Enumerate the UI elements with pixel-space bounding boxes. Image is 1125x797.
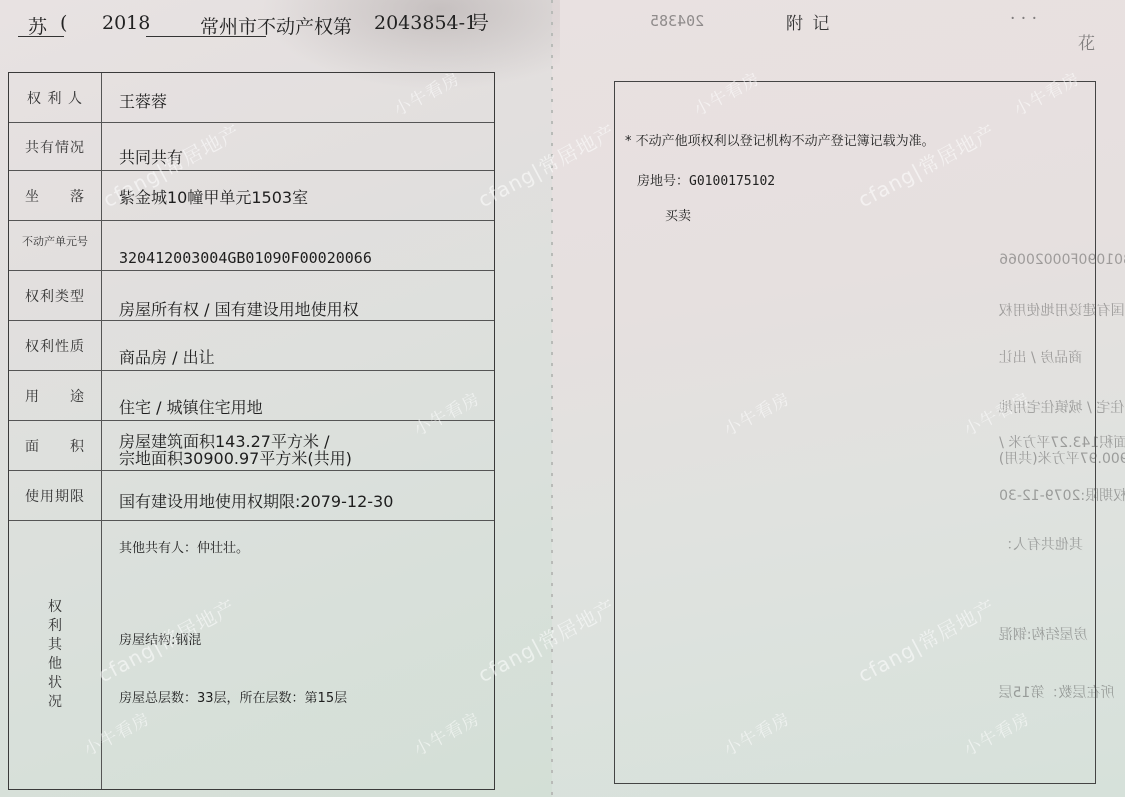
value-area: 房屋建筑面积143.27平方米 / 宗地面积30900.97平方米(共用) [119,433,352,467]
value-location: 紫金城10幢甲单元1503室 [119,185,308,208]
bleed-through-text: 房屋总层数：33层，所在层数：第15层 [999,682,1125,702]
encumbrance-notice: * 不动产他项权利以登记机构不动产登记簿记载为准。 [625,130,935,149]
value-usage: 住宅 / 城镇住宅用地 [119,395,263,418]
label-char: 况 [48,693,62,712]
row-area: 面 积 房屋建筑面积143.27平方米 / 宗地面积30900.97平方米(共用… [9,421,494,471]
page-fold [551,0,553,797]
bleed-through-text: 住宅 / 城镇住宅用地 [999,397,1125,417]
cert-number: 2043854-1 [374,12,477,34]
year: 2018 [102,12,150,34]
paren-open: ( [60,12,67,34]
row-unit-number: 不动产单元号 320412003004GB01090F00020066 [9,221,494,271]
underline [18,36,64,37]
property-no-label: 房地号： [637,174,689,189]
bleed-through-text: 房屋结构:钢混 [999,624,1088,644]
label-right-holder: 权 利 人 [9,73,102,122]
label-char: 状 [48,674,62,693]
province-char: 苏 [28,12,47,39]
label-right-nature: 权利性质 [9,321,102,370]
authority: 常州市不动产权第 [200,12,352,39]
certificate-table: 权 利 人 王蓉蓉 共有情况 共同共有 坐 落 紫金城10幢甲单元1503室 不… [8,72,495,790]
value-unit-number: 320412003004GB01090F00020066 [119,249,372,267]
label-usage: 用 途 [9,371,102,420]
row-right-type: 权利类型 房屋所有权 / 国有建设用地使用权 [9,271,494,321]
label-char: 其 [48,636,62,655]
row-right-nature: 权利性质 商品房 / 出让 [9,321,494,371]
label-char: 他 [48,655,62,674]
header-tail-mark: · · · 花 [1010,9,1125,54]
value-co-ownership: 共同共有 [119,145,183,168]
value-right-nature: 商品房 / 出让 [119,345,215,368]
bleed-through-text: 房屋所有权 / 国有建设用地使用权 [999,300,1125,320]
property-no-row: 房地号：G0100175102 [637,170,775,189]
label-char: 权 [48,598,62,617]
property-no-value: G0100175102 [689,174,775,189]
value-term: 国有建设用地使用权期限:2079-12-30 [119,489,393,512]
annotations-title: 附 记 [786,9,831,34]
row-usage: 用 途 住宅 / 城镇住宅用地 [9,371,494,421]
floor-info: 房屋总层数：33层，所在层数：第15层 [119,687,347,706]
value-area-land: 宗地面积30900.97平方米(共用) [119,450,352,467]
label-right-type: 权利类型 [9,271,102,320]
annotations-box: * 不动产他项权利以登记机构不动产登记簿记载为准。 房地号：G010017510… [614,81,1096,784]
transaction-type: 买卖 [665,205,691,224]
bleed-through-text: 其他共有人： [999,534,1083,554]
label-co-ownership: 共有情况 [9,123,102,170]
suffix: 号 [470,8,489,35]
label-area: 面 积 [9,421,102,470]
row-other-status: 权 利 其 他 状 况 其他共有人：仲壮壮。 房屋结构:钢混 房屋总层数：33层… [9,521,494,789]
value-right-holder: 王蓉蓉 [119,89,167,112]
value-right-type: 房屋所有权 / 国有建设用地使用权 [119,297,359,320]
row-location: 坐 落 紫金城10幢甲单元1503室 [9,171,494,221]
bleed-through-text: 320412003004GB01090F00020066 [999,252,1125,268]
label-other-status: 权 利 其 他 状 况 [9,521,102,789]
bleed-through-text: 商品房 / 出让 [999,347,1083,367]
bleed-through-text: 国有建设用地使用权期限:2079-12-30 [999,485,1125,505]
label-location: 坐 落 [9,171,102,220]
other-co-owner: 其他共有人：仲壮壮。 [119,537,249,556]
row-term: 使用期限 国有建设用地使用权期限:2079-12-30 [9,471,494,521]
value-area-building: 房屋建筑面积143.27平方米 / [119,433,352,450]
bleed-through-text: 宗地面积30900.97平方米(共用) [999,448,1125,468]
row-right-holder: 权 利 人 王蓉蓉 [9,73,494,123]
row-co-ownership: 共有情况 共同共有 [9,123,494,171]
building-structure: 房屋结构:钢混 [119,629,201,648]
registration-header: 苏 ( 2018 常州市不动产权第 2043854-1 号 [18,8,508,42]
label-char: 利 [48,617,62,636]
label-term: 使用期限 [9,471,102,520]
label-unit-number: 不动产单元号 [9,221,102,270]
header-number-bleed: 204385 [650,12,704,30]
